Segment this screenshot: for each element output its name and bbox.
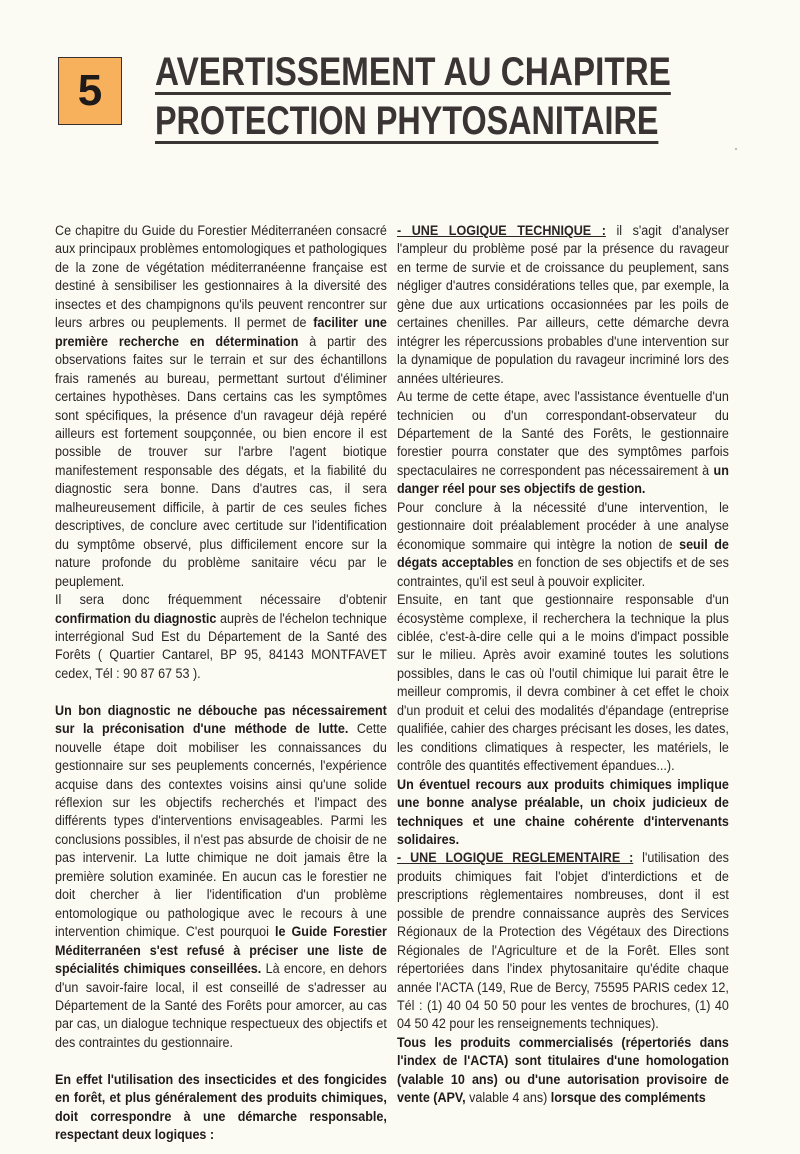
paragraph-logique-technique: - UNE LOGIQUE TECHNIQUE : il s'agit d'an… bbox=[397, 222, 729, 388]
text: Il sera donc fréquemment nécessaire d'ob… bbox=[55, 592, 387, 608]
paragraph-two-logics: En effet l'utilisation des insecticides … bbox=[55, 1071, 387, 1145]
paragraph-diagnostic: Un bon diagnostic ne débouche pas nécess… bbox=[55, 702, 387, 1053]
text: Au terme de cette étape, avec l'assistan… bbox=[397, 389, 729, 479]
paragraph-confirmation: Il sera donc fréquemment nécessaire d'ob… bbox=[55, 591, 387, 683]
text: valable 4 ans) bbox=[466, 1090, 551, 1106]
text: Cette nouvelle étape doit mobiliser les … bbox=[55, 721, 387, 940]
emphasis: lorsque des compléments bbox=[551, 1090, 706, 1106]
section-heading: - UNE LOGIQUE REGLEMENTAIRE : bbox=[397, 850, 633, 866]
emphasis: Un bon diagnostic ne débouche pas nécess… bbox=[55, 703, 387, 737]
paragraph-recours-chimique: Un éventuel recours aux produits chimiqu… bbox=[397, 776, 729, 850]
text: l'utilisation des produits chimiques fai… bbox=[397, 850, 729, 1032]
section-heading: - UNE LOGIQUE TECHNIQUE : bbox=[397, 223, 606, 239]
chapter-title: AVERTISSEMENT AU CHAPITRE PROTECTION PHY… bbox=[155, 52, 677, 144]
paragraph-seuil: Pour conclure à la nécessité d'une inter… bbox=[397, 499, 729, 591]
scan-speck bbox=[735, 148, 737, 150]
chapter-number-badge: 5 bbox=[58, 57, 122, 125]
paragraph-logique-reglementaire: - UNE LOGIQUE REGLEMENTAIRE : l'utilisat… bbox=[397, 849, 729, 1034]
paragraph-homologation: Tous les produits commercialisés (répert… bbox=[397, 1034, 729, 1108]
emphasis: confirmation du diagnostic bbox=[55, 611, 216, 627]
left-column: Ce chapitre du Guide du Forestier Médite… bbox=[55, 222, 387, 1145]
paragraph-ecosysteme: Ensuite, en tant que gestionnaire respon… bbox=[397, 591, 729, 776]
emphasis: Un éventuel recours aux produits chimiqu… bbox=[397, 777, 729, 848]
chapter-title-line-2: PROTECTION PHYTOSANITAIRE bbox=[155, 101, 658, 144]
text: il s'agit d'analyser l'ampleur du problè… bbox=[397, 223, 729, 387]
emphasis: En effet l'utilisation des insecticides … bbox=[55, 1072, 387, 1143]
right-column: - UNE LOGIQUE TECHNIQUE : il s'agit d'an… bbox=[397, 222, 729, 1108]
chapter-title-line-1: AVERTISSEMENT AU CHAPITRE bbox=[155, 52, 671, 95]
paragraph-danger-reel: Au terme de cette étape, avec l'assistan… bbox=[397, 388, 729, 499]
text: Ensuite, en tant que gestionnaire respon… bbox=[397, 592, 729, 774]
text: à partir des observations faites sur le … bbox=[55, 334, 387, 590]
paragraph-intro: Ce chapitre du Guide du Forestier Médite… bbox=[55, 222, 387, 591]
